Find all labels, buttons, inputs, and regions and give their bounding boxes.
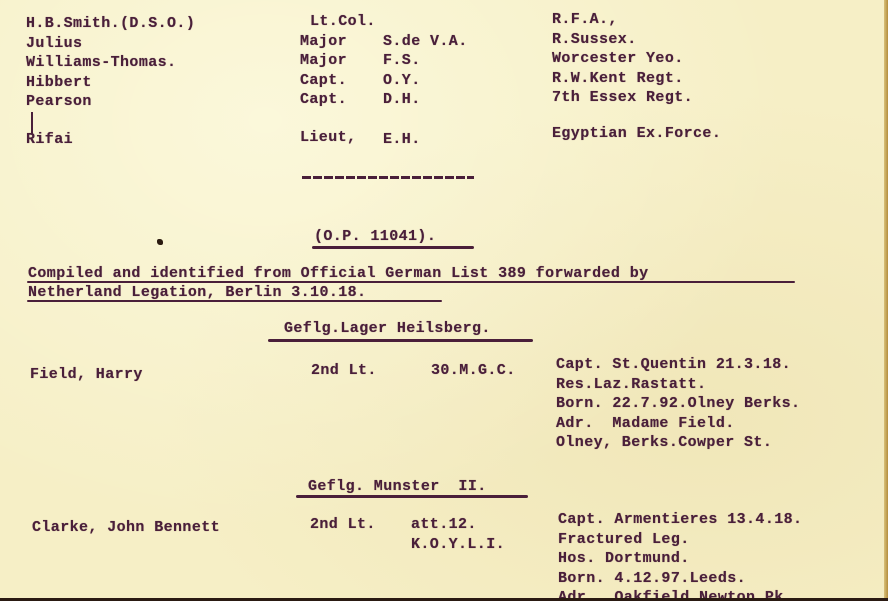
officer-name: Rifai xyxy=(26,130,195,150)
officer-regiments-column: R.F.A., R.Sussex. Worcester Yeo. R.W.Ken… xyxy=(552,10,721,143)
detail-line: Capt. Armentieres 13.4.18. xyxy=(558,510,802,530)
officer-regiment: Egyptian Ex.Force. xyxy=(552,124,721,144)
pen-mark xyxy=(31,112,33,134)
officer-regiment: R.F.A., xyxy=(552,10,721,30)
officer-name: Julius xyxy=(26,34,195,54)
officer-unit: D.H. xyxy=(383,90,468,110)
officer-rank: Capt. xyxy=(300,71,376,91)
officer-name: Hibbert xyxy=(26,73,195,93)
officer-regiment: 7th Essex Regt. xyxy=(552,88,721,108)
officer-name: Pearson xyxy=(26,92,195,112)
unit-line: K.O.Y.L.I. xyxy=(411,535,505,555)
officer-units-column: S.de V.A. F.S. O.Y. D.H. E.H. xyxy=(383,12,468,149)
officer-rank: Major xyxy=(300,51,376,71)
officer-regiment: R.Sussex. xyxy=(552,30,721,50)
officer-name: H.B.Smith.(D.S.O.) xyxy=(26,14,195,34)
camp-heading: Geflg.Lager Heilsberg. xyxy=(284,319,491,339)
detail-line: Adr. Madame Field. xyxy=(556,414,800,434)
detail-line: Hos. Dortmund. xyxy=(558,549,802,569)
officer-regiment: R.W.Kent Regt. xyxy=(552,69,721,89)
officer-unit: S.de V.A. xyxy=(383,32,468,52)
prisoner-unit: 30.M.G.C. xyxy=(431,361,516,381)
prisoner-rank: 2nd Lt. xyxy=(311,361,377,381)
detail-line: Born. 4.12.97.Leeds. xyxy=(558,569,802,589)
prisoner-details: Capt. St.Quentin 21.3.18. Res.Laz.Rastat… xyxy=(556,355,800,453)
officer-unit: E.H. xyxy=(383,130,468,150)
reference-number: (O.P. 11041). xyxy=(314,227,436,247)
officer-unit: F.S. xyxy=(383,51,468,71)
officer-rank: Major xyxy=(300,32,376,52)
officer-regiment: Worcester Yeo. xyxy=(552,49,721,69)
unit-line: att.12. xyxy=(411,515,505,535)
camp-heading: Geflg. Munster II. xyxy=(308,477,487,497)
camp-heading-underline xyxy=(296,495,528,498)
prisoner-name: Field, Harry xyxy=(30,365,143,385)
officer-name: Williams-Thomas. xyxy=(26,53,195,73)
detail-line: Res.Laz.Rastatt. xyxy=(556,375,800,395)
officer-rank: Capt. xyxy=(300,90,376,110)
prisoner-name: Clarke, John Bennett xyxy=(32,518,220,538)
camp-heading-underline xyxy=(268,339,533,342)
officer-names-column: H.B.Smith.(D.S.O.) Julius Williams-Thoma… xyxy=(26,14,195,149)
intro-underline-2 xyxy=(27,300,442,302)
prisoner-details: Capt. Armentieres 13.4.18. Fractured Leg… xyxy=(558,510,802,601)
officer-unit xyxy=(383,12,468,32)
ink-blot xyxy=(157,239,163,245)
detail-line: Born. 22.7.92.Olney Berks. xyxy=(556,394,800,414)
paper-edge xyxy=(884,0,888,601)
section-divider xyxy=(302,176,474,179)
detail-line: Fractured Leg. xyxy=(558,530,802,550)
document-page: H.B.Smith.(D.S.O.) Julius Williams-Thoma… xyxy=(0,0,884,601)
detail-line: Capt. St.Quentin 21.3.18. xyxy=(556,355,800,375)
prisoner-rank: 2nd Lt. xyxy=(310,515,376,535)
officer-rank: Lt.Col. xyxy=(310,12,376,32)
prisoner-unit: att.12. K.O.Y.L.I. xyxy=(411,515,505,554)
reference-underline xyxy=(312,246,474,249)
officer-rank: Lieut, xyxy=(300,128,376,148)
officer-unit: O.Y. xyxy=(383,71,468,91)
detail-line: Olney, Berks.Cowper St. xyxy=(556,433,800,453)
officer-ranks-column: Lt.Col. Major Major Capt. Capt. Lieut, xyxy=(300,12,376,147)
